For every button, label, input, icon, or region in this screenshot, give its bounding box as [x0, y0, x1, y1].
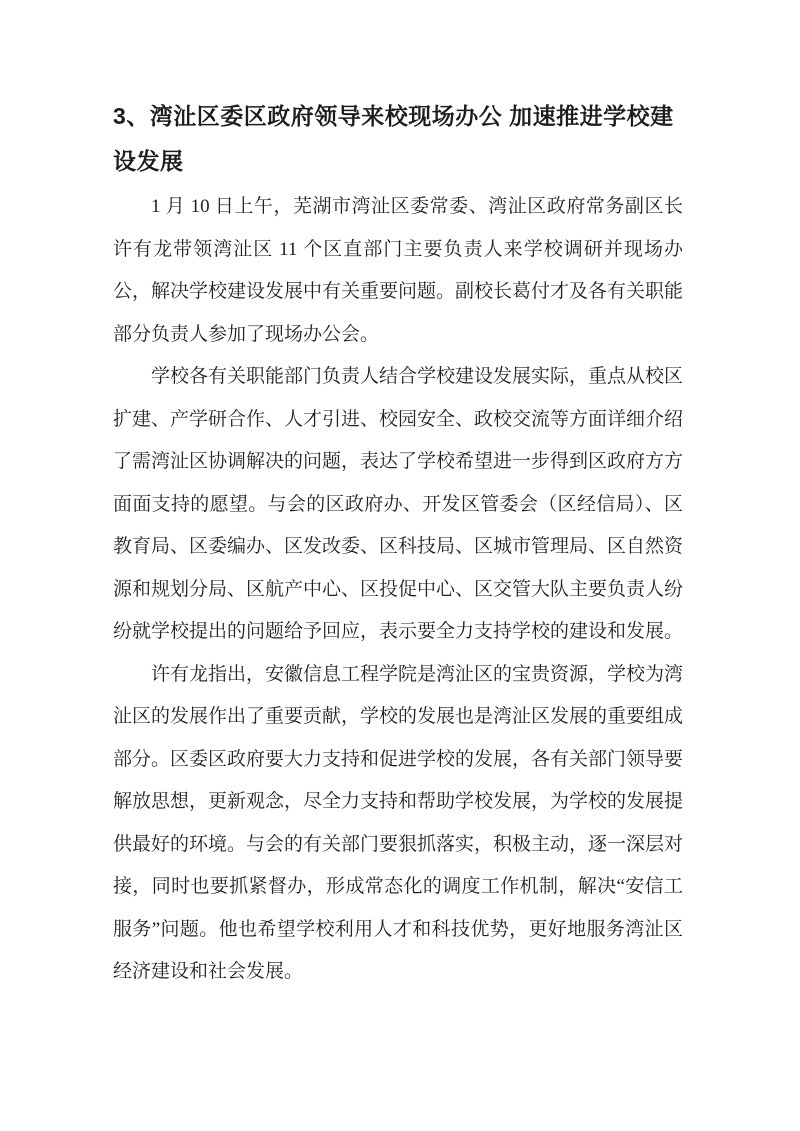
document-heading: 3、湾沚区委区政府领导来校现场办公 加速推进学校建设发展: [113, 94, 683, 184]
document-page: 3、湾沚区委区政府领导来校现场办公 加速推进学校建设发展 1 月 10 日上午，…: [0, 0, 800, 1131]
paragraph-departments-report: 学校各有关职能部门负责人结合学校建设发展实际，重点从校区扩建、产学研合作、人才引…: [113, 356, 683, 654]
paragraph-intro: 1 月 10 日上午，芜湖市湾沚区委常委、湾沚区政府常务副区长许有龙带领湾沚区 …: [113, 186, 683, 356]
paragraph-leader-remarks: 许有龙指出，安徽信息工程学院是湾沚区的宝贵资源，学校为湾沚区的发展作出了重要贡献…: [113, 654, 683, 994]
document-body: 1 月 10 日上午，芜湖市湾沚区委常委、湾沚区政府常务副区长许有龙带领湾沚区 …: [113, 186, 683, 994]
